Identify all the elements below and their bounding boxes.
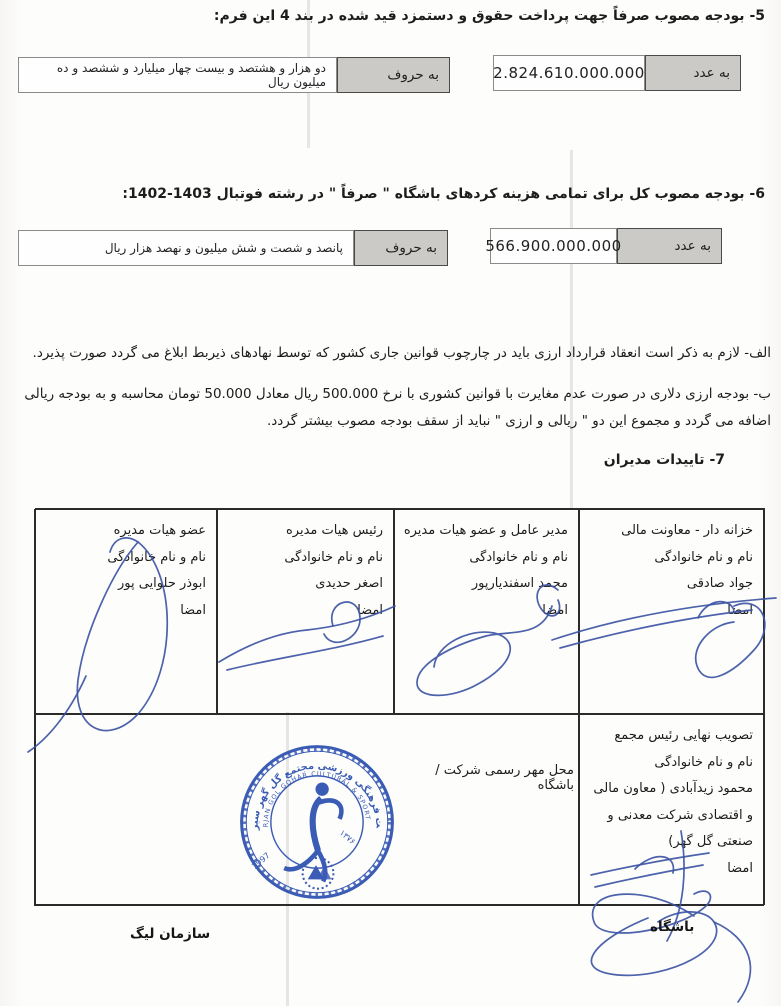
- final-approval-cell: تصویب نهایی رئیس مجمع نام و نام خانوادگی…: [579, 714, 764, 906]
- section6-heading: 6- بودجه مصوب کل برای تمامی هزینه کردهای…: [122, 186, 765, 202]
- section6-numeric-value: 566.900.000.000: [490, 228, 617, 264]
- scanned-budget-form: 5- بودجه مصوب صرفاً جهت پرداخت حقوق و دس…: [0, 0, 781, 1006]
- signature-caption: امضا: [584, 856, 753, 883]
- signature-caption: امضا: [399, 598, 568, 625]
- name-caption: نام و نام خانوادگی: [39, 545, 206, 572]
- approvals-table: خزانه دار - معاونت مالی نام و نام خانواد…: [35, 508, 765, 905]
- name-caption: نام و نام خانوادگی: [584, 750, 753, 777]
- signature-caption: امضا: [39, 598, 206, 625]
- name-caption: نام و نام خانوادگی: [584, 545, 753, 572]
- approval-cell-treasurer: خزانه دار - معاونت مالی نام و نام خانواد…: [579, 509, 764, 714]
- approval-cell-chairman: رئیس هیات مدیره نام و نام خانوادگی اصغر …: [217, 509, 394, 714]
- person-name: ابوذر حلوایی پور: [39, 571, 206, 598]
- role-label: مدیر عامل و عضو هیات مدیره: [399, 518, 568, 545]
- person-name: اصغر حدیدی: [222, 571, 383, 598]
- approval-cell-board-member: عضو هیات مدیره نام و نام خانوادگی ابوذر …: [34, 509, 217, 714]
- section7-heading: 7- تاییدات مدیران: [604, 452, 725, 468]
- role-label: خزانه دار - معاونت مالی: [584, 518, 753, 545]
- person-name: محمود زیدآبادی ( معاون مالی و اقتصادی شر…: [584, 776, 753, 856]
- section6-words-label: به حروف: [354, 230, 448, 266]
- role-label: رئیس هیات مدیره: [222, 518, 383, 545]
- section5-numeric-label: به عدد: [645, 55, 741, 91]
- role-label: عضو هیات مدیره: [39, 518, 206, 545]
- signature-caption: امضا: [584, 598, 753, 625]
- section5-words-label: به حروف: [337, 57, 450, 93]
- section5-words-value: دو هزار و هشتصد و بیست چهار میلیارد و شش…: [18, 57, 337, 93]
- note-alef: الف- لازم به ذکر است انعقاد قرارداد ارزی…: [8, 340, 771, 367]
- approval-cell-ceo: مدیر عامل و عضو هیات مدیره نام و نام خان…: [394, 509, 579, 714]
- scan-crease: [570, 150, 573, 508]
- section6-words-value: پانصد و شصت و شش میلیون و نهصد هزار ریال: [18, 230, 354, 266]
- name-caption: نام و نام خانوادگی: [399, 545, 568, 572]
- name-caption: نام و نام خانوادگی: [222, 545, 383, 572]
- note-be: ب- بودجه ارزی دلاری در صورت عدم مغایرت ب…: [8, 381, 771, 435]
- section5-numeric-value: 2.824.610.000.000: [493, 55, 645, 91]
- league-organization-label: سازمان لیگ: [130, 926, 210, 942]
- stamp-year-jalali: ۱۳۷۶: [338, 828, 358, 847]
- section6-numeric-label: به عدد: [617, 228, 722, 264]
- section5-heading: 5- بودجه مصوب صرفاً جهت پرداخت حقوق و دس…: [214, 8, 765, 24]
- stamp-gear-emblem: [303, 858, 334, 889]
- person-name: جواد صادقی: [584, 571, 753, 598]
- stamp-place-label: محل مهر رسمی شرکت / باشگاه: [396, 763, 574, 793]
- club-official-stamp: شرکت فرهنگی ورزشی مجتمع گل گهر سیرجان SI…: [237, 742, 397, 902]
- final-approval-title: تصویب نهایی رئیس مجمع: [584, 723, 753, 750]
- club-label: باشگاه: [650, 919, 694, 935]
- signature-caption: امضا: [222, 598, 383, 625]
- person-name: محمد اسفندیارپور: [399, 571, 568, 598]
